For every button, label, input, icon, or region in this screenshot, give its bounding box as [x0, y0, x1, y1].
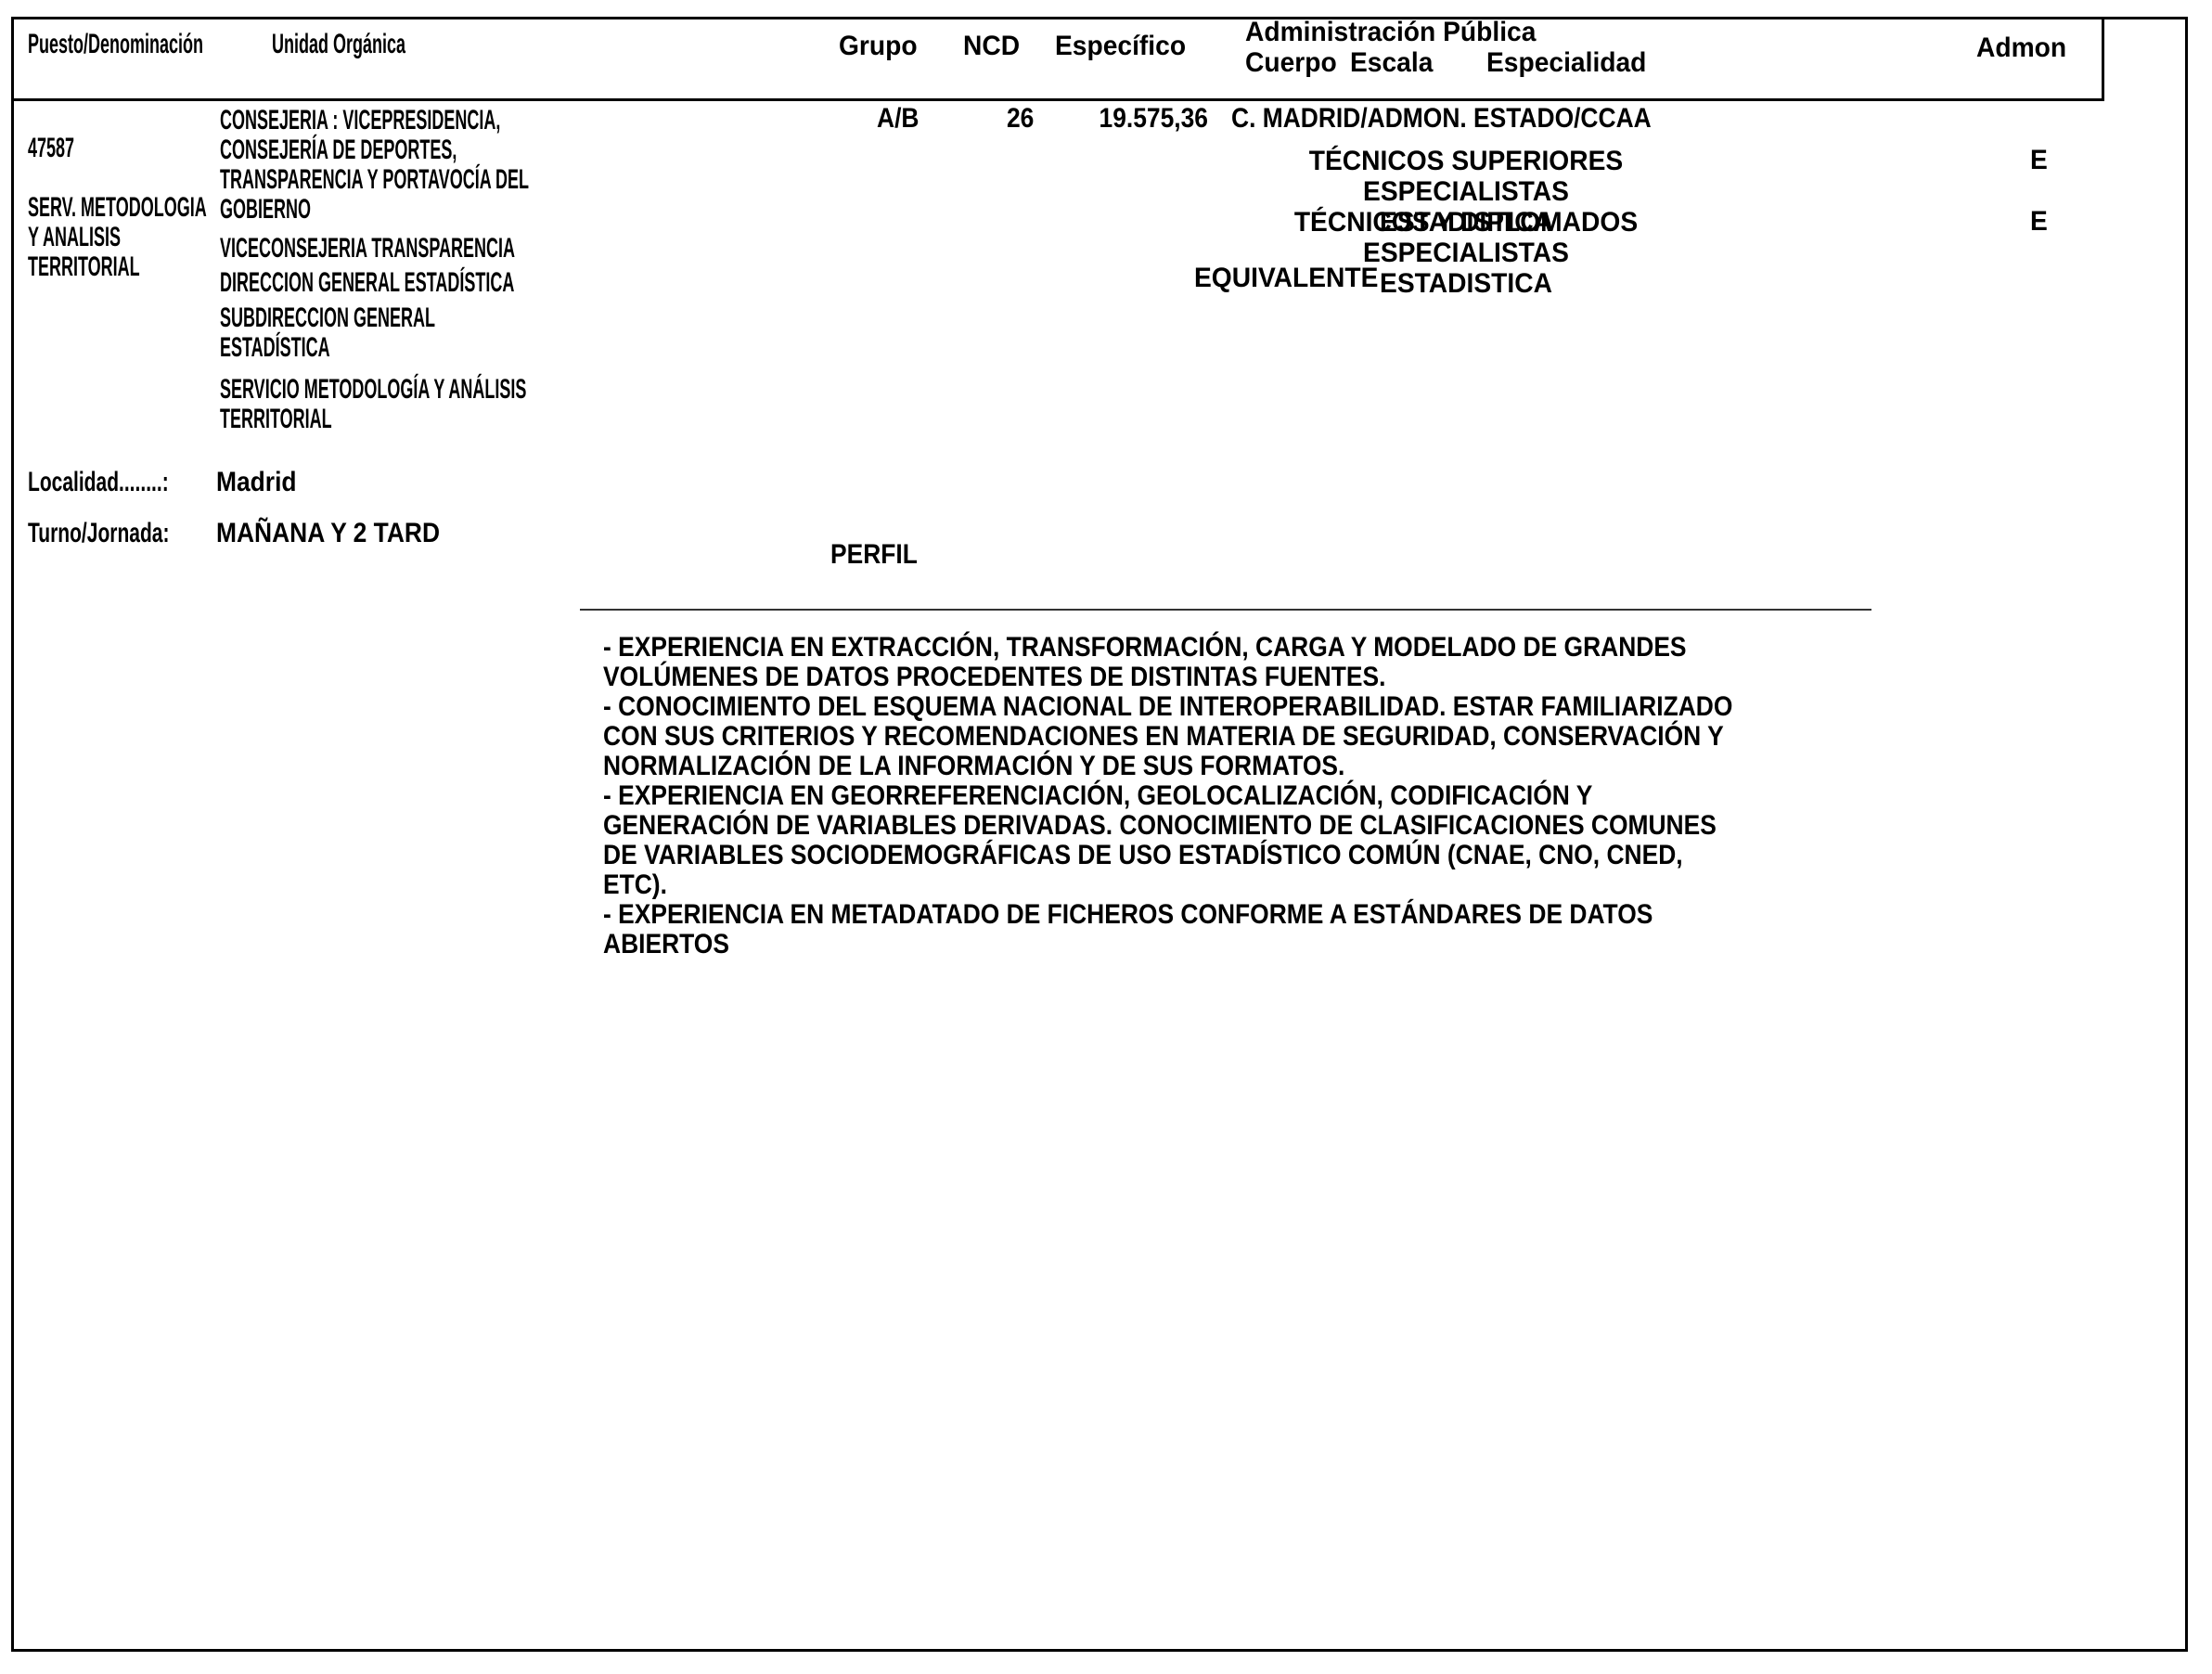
puesto-codigo-denominacion: 47587 SERV. METODOLOGIA Y ANALISIS TERRI… [28, 104, 207, 312]
unidad-organica-servicio: SERVICIO METODOLOGÍA Y ANÁLISIS TERRITOR… [220, 375, 526, 434]
perfil-rule [580, 609, 1871, 611]
turno-jornada-label: Turno/Jornada: [28, 519, 169, 548]
cuerpo-entry-equivalente: EQUIVALENTE [1194, 264, 1378, 293]
document-page: Puesto/Denominación Unidad Orgánica Grup… [0, 0, 2212, 1674]
turno-jornada-value: MAÑANA Y 2 TARD [216, 519, 440, 548]
column-header-unidad-organica: Unidad Orgánica [272, 30, 405, 59]
cuerpo-admon-flag: E [2030, 146, 2048, 175]
column-header-admon: Admon [1976, 33, 2066, 63]
especifico-value: 19.575,36 [1045, 104, 1208, 134]
administracion-value: C. MADRID/ADMON. ESTADO/CCAA [1231, 104, 1652, 134]
perfil-title: PERFIL [830, 540, 918, 570]
unidad-organica-viceconsejeria: VICECONSEJERIA TRANSPARENCIA [220, 234, 515, 264]
column-header-especialidad: Especialidad [1486, 48, 1646, 78]
grupo-value: A/B [877, 104, 919, 134]
column-header-administracion-publica: Administración Pública [1245, 18, 1536, 47]
unidad-organica-consejeria: CONSEJERIA : VICEPRESIDENCIA, CONSEJERÍA… [220, 106, 529, 225]
unidad-organica-direccion-general: DIRECCION GENERAL ESTADÍSTICA [220, 268, 514, 298]
column-header-puesto-denominacion: Puesto/Denominación [28, 30, 203, 59]
column-header-especifico: Específico [1055, 32, 1186, 61]
admon-cell-divider [2102, 17, 2104, 101]
column-header-cuerpo: Cuerpo [1245, 48, 1337, 78]
ncd-value: 26 [1007, 104, 1034, 134]
puesto-denominacion: SERV. METODOLOGIA Y ANALISIS TERRITORIAL [28, 193, 207, 282]
puesto-codigo: 47587 [28, 134, 207, 163]
localidad-label: Localidad........: [28, 468, 169, 497]
cuerpo-admon-flag: E [2030, 207, 2048, 237]
unidad-organica-subdireccion-general: SUBDIRECCION GENERAL ESTADÍSTICA [220, 303, 435, 363]
column-header-escala: Escala [1350, 48, 1433, 78]
perfil-text: - EXPERIENCIA EN EXTRACCIÓN, TRANSFORMAC… [603, 633, 1732, 959]
column-header-ncd: NCD [963, 32, 1020, 61]
localidad-value: Madrid [216, 468, 297, 497]
column-header-grupo: Grupo [839, 32, 918, 61]
header-bottom-rule [11, 98, 2104, 101]
